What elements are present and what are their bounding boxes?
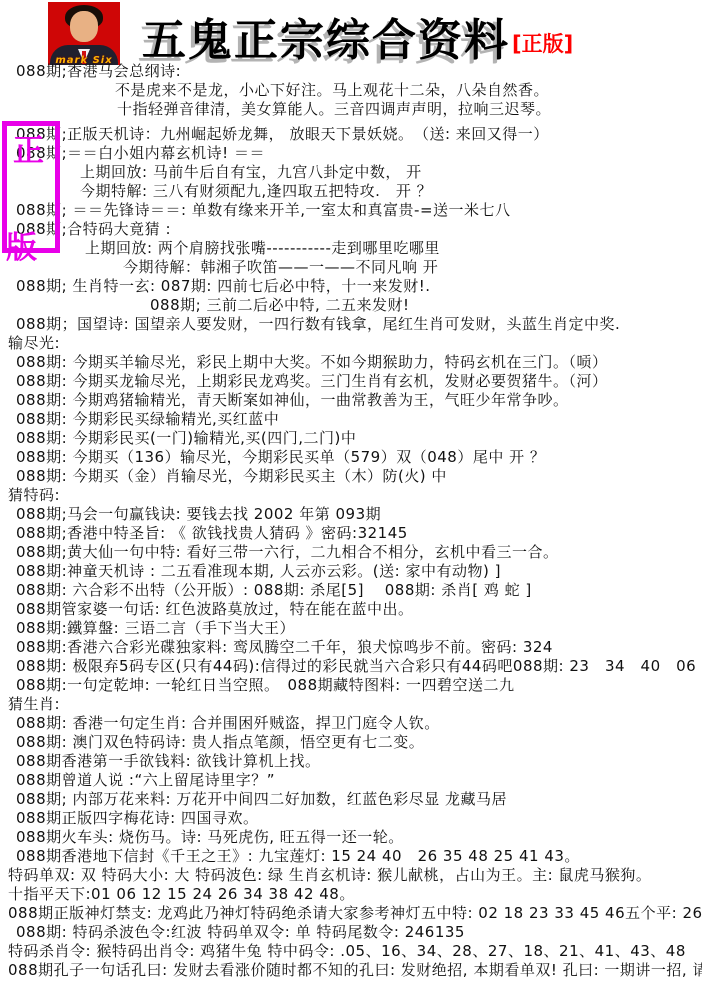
- text-line: 088期;正版天机诗：九州崛起娇龙舞， 放眼天下景妖娆。 （送: 来回又得一）: [0, 125, 702, 144]
- text-line: 088期; 生肖特一玄: 087期: 四前七后必中特，十一来发财!.: [0, 277, 702, 296]
- text-line: 088期; 内部万花来料: 万花开中间四二好加数，红蓝色彩尽显 龙藏马居: [0, 790, 702, 809]
- stamp-char-top: 正: [13, 136, 44, 167]
- text-line: 088期:鐵算盤: 三语二言（手下当大王）: [0, 619, 702, 638]
- text-line: 088期: 特码杀波色令:红波 特码单双令: 单 特码尾数令: 246135: [0, 923, 702, 942]
- text-line: 特码单双: 双 特码大小: 大 特码波色: 绿 生肖玄机诗: 猴儿献桃，占山为王…: [0, 866, 702, 885]
- text-line: 088期香港第一手欲钱料: 欲钱计算机上找。: [0, 752, 702, 771]
- text-line: 088期;香港中特圣旨: 《 欲钱找贵人猜码 》密码:32145: [0, 524, 702, 543]
- text-line: 猜生肖:: [0, 695, 702, 714]
- text-line: 088期:一句定乾坤: 一轮红日当空照。 088期藏特图料: 一四碧空送二九: [0, 676, 702, 695]
- text-line: 088期孔子一句话孔曰: 发财去看涨价随时都不知的孔曰: 发财绝招, 本期看单双…: [0, 961, 702, 980]
- text-line: 今期待解：韩湘子吹笛——一——不同凡响 开: [0, 258, 702, 277]
- text-line: 特码杀肖令: 猴特码出肖令: 鸡猪牛兔 特中码令: .05、16、34、28、2…: [0, 942, 702, 961]
- text-line: 088期火车头: 烧伤马。诗: 马死虎伤, 旺五得一还一轮。: [0, 828, 702, 847]
- page-title: 五鬼正宗综合资料: [142, 15, 510, 66]
- photo-face: [70, 11, 98, 42]
- text-line: 输尽光:: [0, 334, 702, 353]
- text-line: 088期: 今期彩民买绿输精光,买红蓝中: [0, 410, 702, 429]
- text-line: 088期: 香港一句定生肖: 合并围困歼贼盗，捍卫门庭令人钦。: [0, 714, 702, 733]
- text-line: 088期; 三前二后必中特, 二五来发财!: [0, 296, 702, 315]
- text-line: 088期: 澳门双色特码诗: 贵人指点笔颜，悟空更有七二变。: [0, 733, 702, 752]
- text-line: 088期: 今期买（金）肖输尽光，今期彩民买主（木）防(火) 中: [0, 467, 702, 486]
- text-line: 088期:香港六合彩光碟独家料: 鸾凤腾空二千年，狼犬惊鸣步不前。密码: 324: [0, 638, 702, 657]
- text-line: 今期特解: 三八有财须配九,逢四取五把特攻. 开 ？: [0, 182, 702, 201]
- content-lines: 088期;香港马会总纲诗:不是虎来不是龙，小心下好注。马上观花十二朵，八朵自然香…: [0, 62, 702, 980]
- text-line: 088期正版四字梅花诗: 四国寻欢。: [0, 809, 702, 828]
- text-line: 088期: 今期买羊输尽光，彩民上期中大奖。不如今期猴助力，特码玄机在三门。（唝…: [0, 353, 702, 372]
- text-line: 上期回放: 马前牛后自有宝，九宫八卦定中数， 开: [0, 163, 702, 182]
- text-line: 十指平天下:01 06 12 15 24 26 34 38 42 48。: [0, 885, 702, 904]
- header: 五鬼正宗综合资料[正版]: [142, 4, 573, 68]
- text-line: 088期;香港马会总纲诗:: [0, 62, 702, 81]
- text-line: 十指轻弹音律清，美女算能人。三音四调声声明，拉响三迟琴。: [0, 100, 702, 119]
- text-line: 088期正版神灯禁支: 龙鸡此乃神灯特码绝杀请大家参考神灯五中特: 02 18 …: [0, 904, 702, 923]
- text-line: 088期: 今期鸡猪输精光，青天断案如神仙，一曲常教善为王，气旺少年常争吵。: [0, 391, 702, 410]
- edition-tag: [正版]: [512, 32, 573, 56]
- text-line: 088期管家婆一句话: 红色波路莫放过，特在能在蓝中出。: [0, 600, 702, 619]
- stamp-char-bottom: 版: [6, 233, 37, 264]
- text-line: 088期; ＝＝先锋诗＝＝: 单数有缘来开羊,一室太和真富贵-=送一米七八: [0, 201, 702, 220]
- text-line: 088期: 极限弃5码专区(只有44码):信得过的彩民就当六合彩只有44码吧08…: [0, 657, 702, 676]
- authenticity-stamp: 正 版: [2, 121, 60, 253]
- text-line: 088期: 今期买龙输尽光，上期彩民龙鸡奖。三门生肖有玄机，发财必要贺猪牛。（河…: [0, 372, 702, 391]
- text-line: 088期;合特码大竟猜 :: [0, 220, 702, 239]
- mark-six-photo: mark Six: [48, 2, 120, 65]
- text-line: 猜特码:: [0, 486, 702, 505]
- page: mark Six 五鬼正宗综合资料[正版] 088期;香港马会总纲诗:不是虎来不…: [0, 0, 702, 981]
- text-line: 088期；国望诗: 国望亲人要发财，一四行数有钱拿，尾红生肖可发财，头蓝生肖定中…: [0, 315, 702, 334]
- text-line: 上期回放: 两个肩膀找张嘴-----------走到哪里吃哪里: [0, 239, 702, 258]
- text-line: 088期;黄大仙一句中特: 看好三带一六行，二九相合不相分，玄机中看三一合。: [0, 543, 702, 562]
- text-line: 不是虎来不是龙，小心下好注。马上观花十二朵，八朵自然香。: [0, 81, 702, 100]
- text-line: 088期;马会一句赢钱诀: 要钱去找 2002 年第 093期: [0, 505, 702, 524]
- text-line: 088期: 六合彩不出特（公开版）: 088期: 杀尾[5] 088期: 杀肖[…: [0, 581, 702, 600]
- text-line: 088期:神童天机诗 : 二五看准现本期, 人云亦云彩。(送: 家中有动物) ]: [0, 562, 702, 581]
- text-line: 088期: 今期买（136）输尽光，今期彩民买单（579）双（048）尾中 开 …: [0, 448, 702, 467]
- text-line: 088期香港地下信封《千王之王》: 九宝莲灯: 15 24 40 26 35 4…: [0, 847, 702, 866]
- text-line: 088期: 今期彩民买(一门)输精光,买(四门,二门)中: [0, 429, 702, 448]
- text-line: 088期;＝＝白小姐内幕玄机诗! ＝＝: [0, 144, 702, 163]
- text-line: 088期曾道人说 :“六上留尾诗里字？”: [0, 771, 702, 790]
